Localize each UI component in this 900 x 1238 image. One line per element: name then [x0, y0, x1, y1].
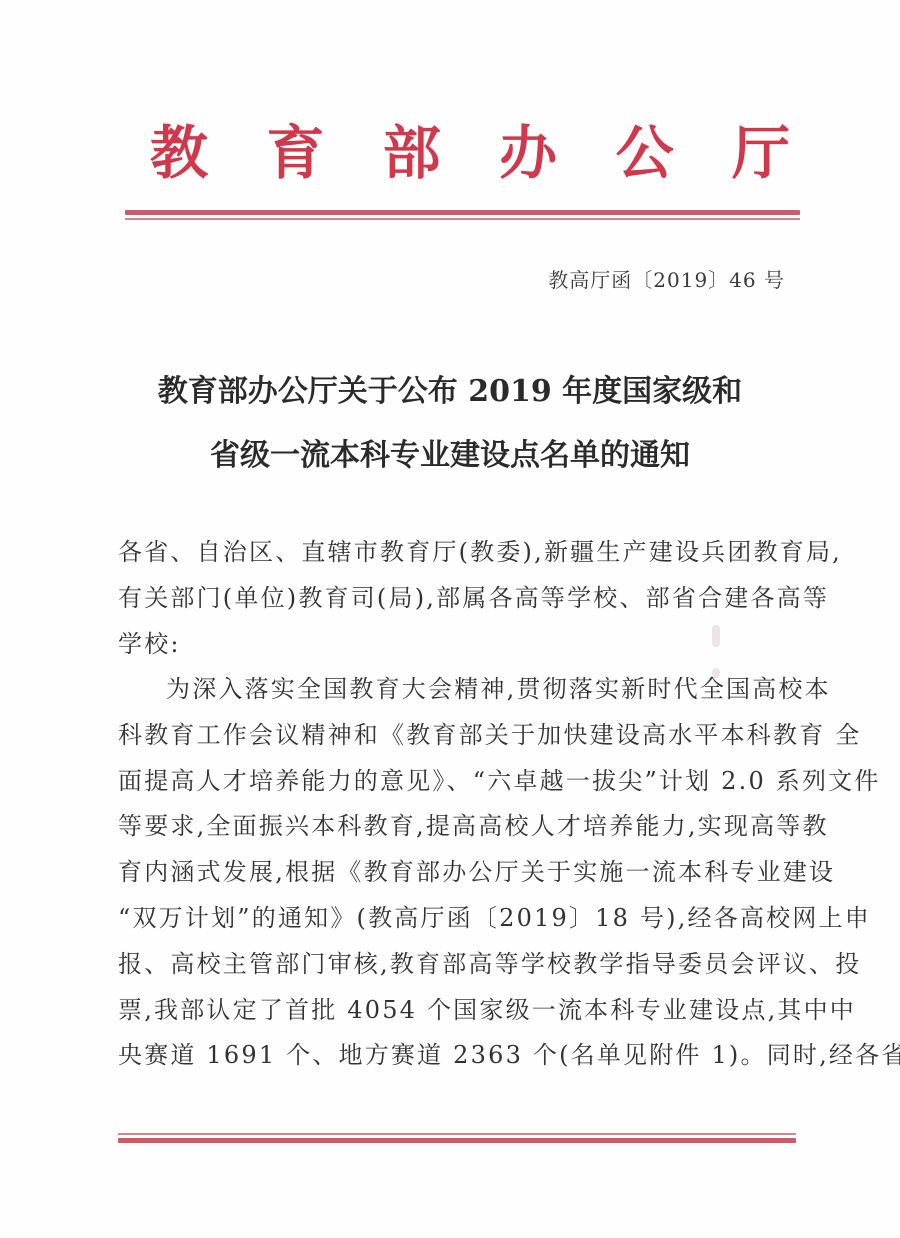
scan-smudge: [712, 625, 720, 647]
divider-thick-line: [125, 210, 800, 215]
masthead-char: 育: [266, 118, 324, 188]
body-line: 央赛道 1691 个、地方赛道 2363 个(名单见附件 1)。同时,经各省: [118, 1033, 798, 1079]
body-line: 育内涵式发展,根据《教育部办公厅关于实施一流本科专业建设: [118, 850, 798, 896]
body-line: 为深入落实全国教育大会精神,贯彻落实新时代全国高校本: [118, 667, 798, 713]
title-line-2: 省级一流本科专业建设点名单的通知: [0, 424, 900, 488]
addressee-line: 学校:: [118, 622, 798, 668]
masthead: 教 育 部 办 公 厅: [150, 118, 790, 188]
addressee-line: 各省、自治区、直辖市教育厅(教委),新疆生产建设兵团教育局,: [118, 530, 798, 576]
body-line: 等要求,全面振兴本科教育,提高高校人才培养能力,实现高等教: [118, 804, 798, 850]
document-number: 教高厅函〔2019〕46 号: [548, 266, 785, 294]
body-line: “双万计划”的通知》(教高厅函〔2019〕18 号),经各高校网上申: [118, 896, 798, 942]
body-paragraph: 为深入落实全国教育大会精神,贯彻落实新时代全国高校本 科教育工作会议精神和《教育…: [118, 667, 798, 1079]
masthead-char: 公: [616, 118, 674, 188]
addressee-block: 各省、自治区、直辖市教育厅(教委),新疆生产建设兵团教育局, 有关部门(单位)教…: [118, 530, 798, 667]
body-line: 科教育工作会议精神和《教育部关于加快建设高水平本科教育 全: [118, 713, 798, 759]
masthead-char: 厅: [732, 118, 790, 188]
body-line: 报、高校主管部门审核,教育部高等学校教学指导委员会评议、投: [118, 942, 798, 988]
scan-smudge: [712, 668, 720, 678]
masthead-char: 办: [499, 118, 557, 188]
divider-thin-line: [118, 1133, 796, 1135]
title-line-1: 教育部办公厅关于公布 2019 年度国家级和: [0, 360, 900, 424]
divider-thin-line: [125, 218, 800, 220]
body-line: 面提高人才培养能力的意见》、“六卓越一拔尖”计划 2.0 系列文件: [118, 759, 798, 805]
divider-thick-line: [118, 1138, 796, 1143]
addressee-line: 有关部门(单位)教育司(局),部属各高等学校、部省合建各高等: [118, 576, 798, 622]
body-line: 票,我部认定了首批 4054 个国家级一流本科专业建设点,其中中: [118, 988, 798, 1034]
document-title: 教育部办公厅关于公布 2019 年度国家级和 省级一流本科专业建设点名单的通知: [0, 360, 900, 488]
masthead-char: 教: [150, 118, 208, 188]
document-page: 教 育 部 办 公 厅 教高厅函〔2019〕46 号 教育部办公厅关于公布 20…: [0, 0, 900, 1238]
masthead-char: 部: [383, 118, 441, 188]
